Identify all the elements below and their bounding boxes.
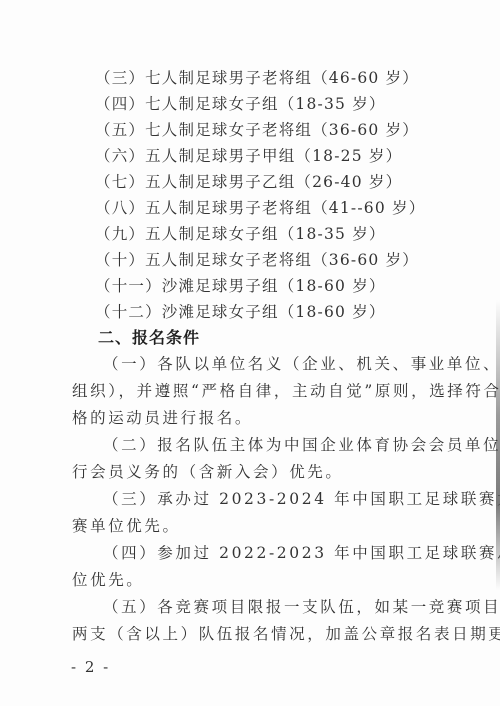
paragraph-line: （二）报名队伍主体为中国企业体育协会会员单位且履	[103, 435, 500, 455]
event-group-item: （三）七人制足球男子老将组（46-60 岁）	[95, 68, 419, 88]
event-group-item: （七）五人制足球男子乙组（26-40 岁）	[95, 172, 402, 192]
paragraph-line: （四）参加过 2022-2023 年中国职工足球联赛总决赛单	[103, 543, 500, 563]
document-page: （三）七人制足球男子老将组（46-60 岁） （四）七人制足球女子组（18-35…	[0, 0, 500, 706]
event-group-item: （六）五人制足球男子甲组（18-25 岁）	[95, 146, 402, 166]
paragraph-line: 赛单位优先。	[72, 516, 181, 536]
paragraph-line: 位优先。	[72, 570, 144, 590]
event-group-item: （四）七人制足球女子组（18-35 岁）	[95, 94, 386, 114]
paragraph-line: 行会员义务的（含新入会）优先。	[72, 462, 344, 482]
paragraph-line: 格的运动员进行报名。	[72, 408, 253, 428]
event-group-item: （五）七人制足球女子老将组（36-60 岁）	[95, 120, 419, 140]
event-group-item: （十二）沙滩足球女子组（18-60 岁）	[95, 302, 386, 322]
paragraph-line: （一）各队以单位名义（企业、机关、事业单位、社会	[103, 354, 500, 374]
event-group-item: （八）五人制足球男子老将组（41--60 岁）	[95, 198, 425, 218]
paragraph-line: （三）承办过 2023-2024 年中国职工足球联赛大区选拔	[103, 489, 500, 509]
paragraph-line: （五）各竞赛项目限报一支队伍，如某一竞赛项目出现	[103, 597, 500, 617]
paragraph-line: 组织），并遵照“严格自律，主动自觉”原则，选择符合资	[72, 381, 500, 401]
section-heading: 二、报名条件	[98, 328, 200, 348]
event-group-item: （十）五人制足球女子老将组（36-60 岁）	[95, 250, 419, 270]
event-group-item: （九）五人制足球女子组（18-35 岁）	[95, 224, 386, 244]
paragraph-line: 两支（含以上）队伍报名情况，加盖公章报名表日期更靠前	[72, 624, 500, 644]
event-group-item: （十一）沙滩足球男子组（18-60 岁）	[95, 276, 386, 296]
page-number: - 2 -	[71, 658, 110, 676]
